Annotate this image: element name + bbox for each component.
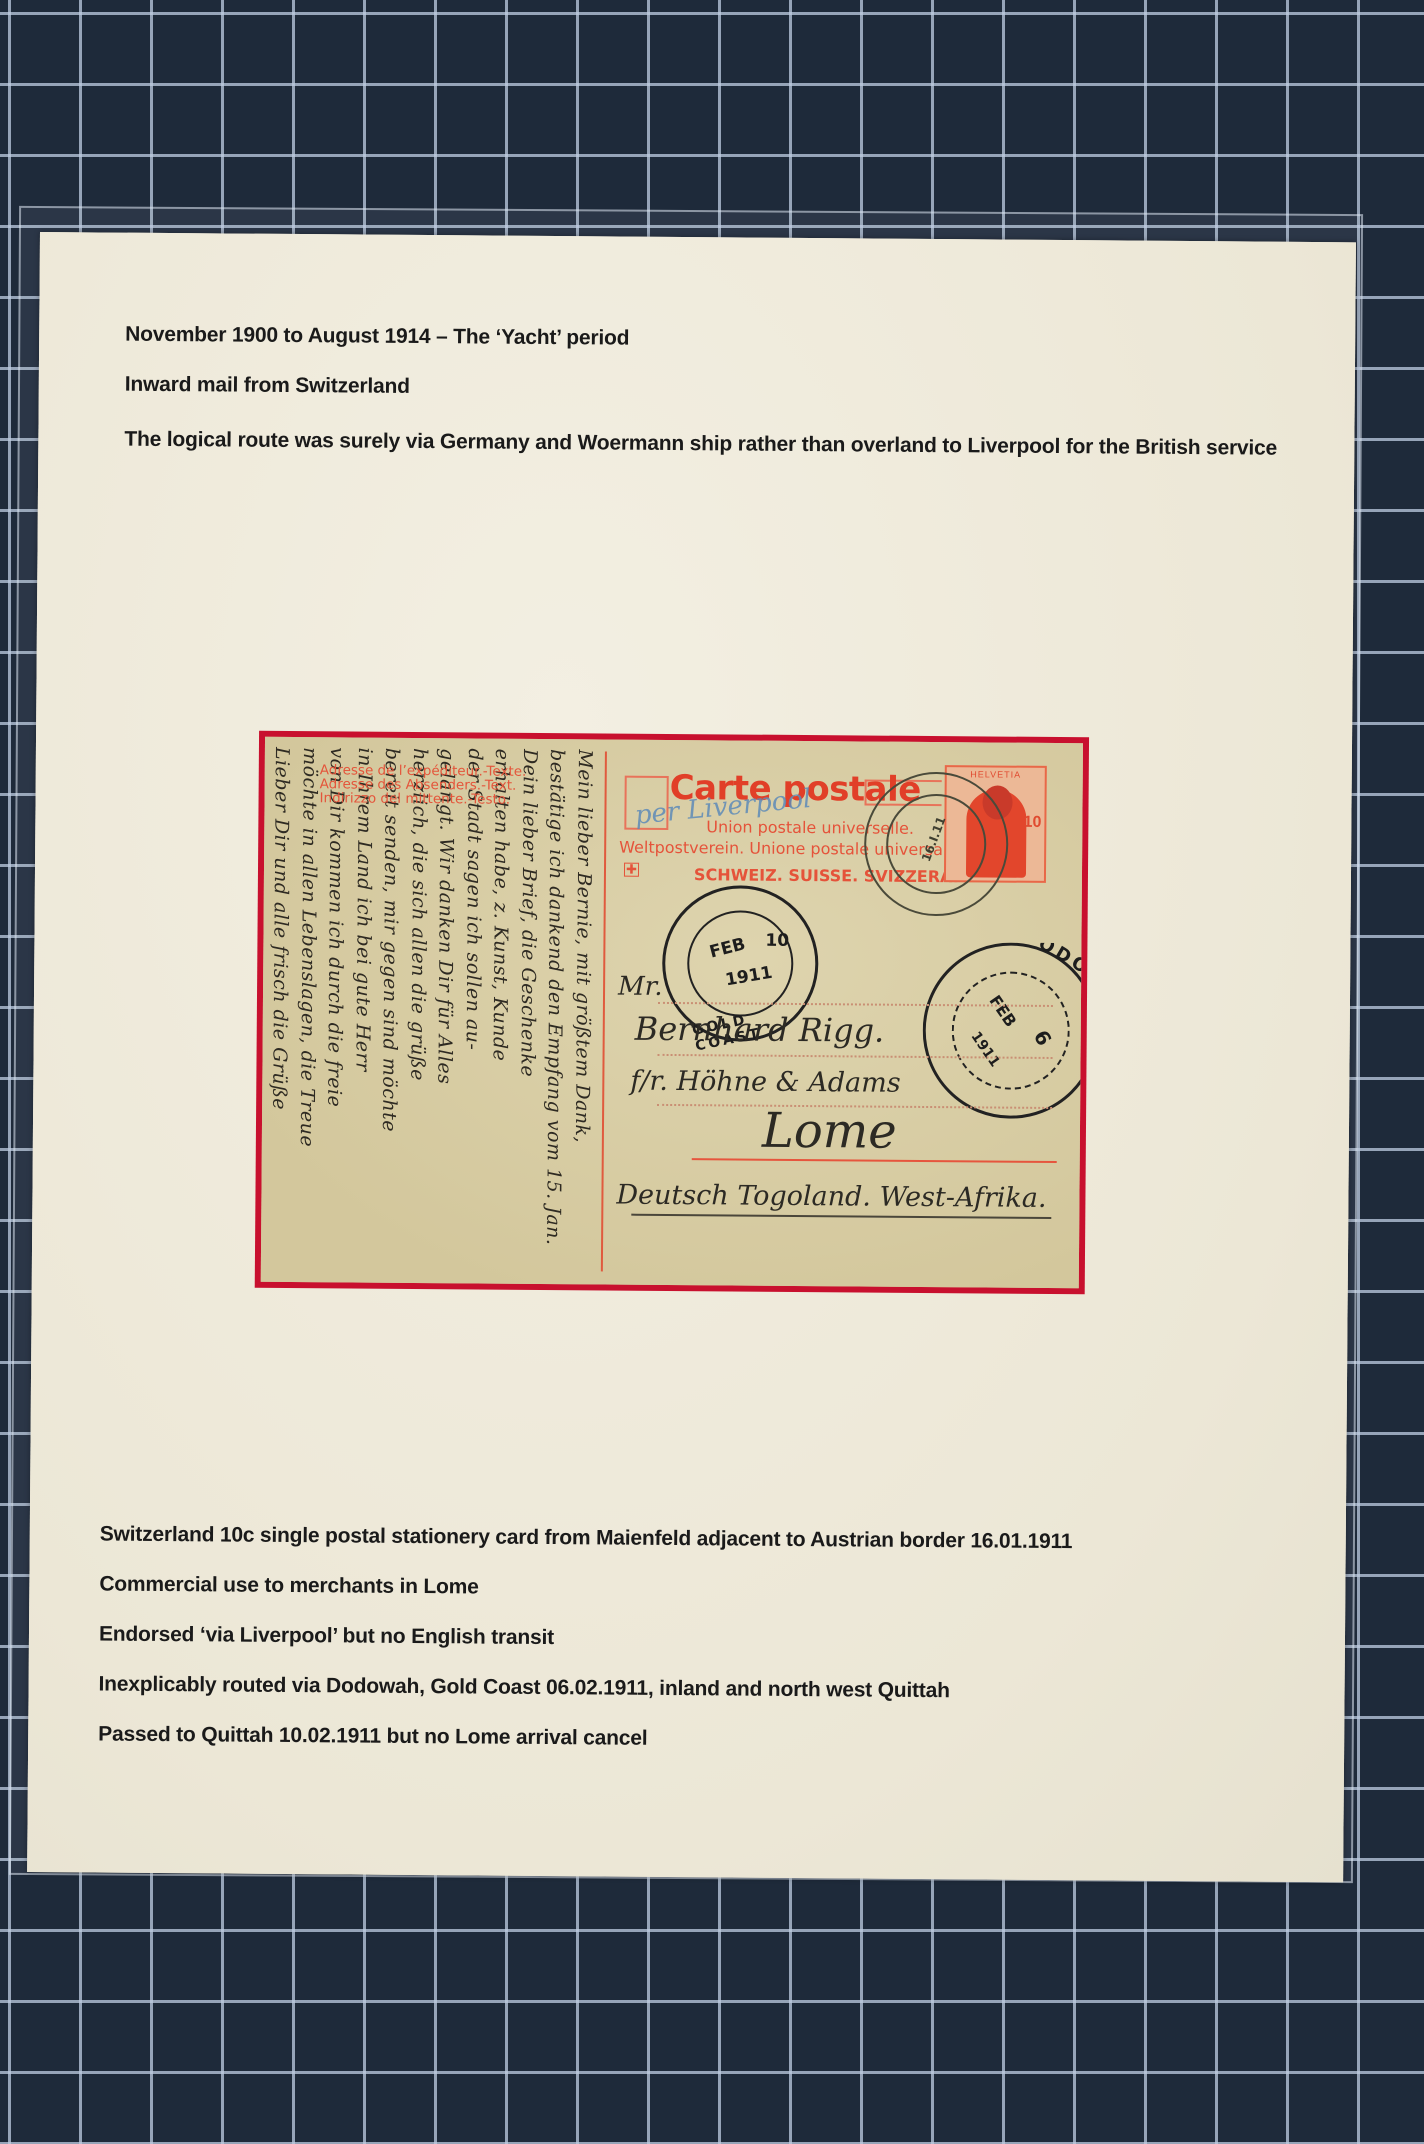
message-line: möchte in allen Lebenslagen, die Treue	[291, 747, 323, 1287]
address-firm: f/r. Höhne & Adams	[630, 1066, 901, 1099]
message-line: von Dir kommen ich durch die freie	[319, 747, 351, 1287]
message-panel: Mein lieber Bernie, mit größtem Dank, be…	[261, 737, 605, 1285]
message-line: erhalten habe, z. Kunst, Kunde	[484, 749, 516, 1289]
address-city: Lome	[762, 1103, 897, 1160]
message-line: bereit senden, mir gegen sind möchte	[374, 748, 406, 1288]
message-line: bestätige ich dankend den Empfang vom 15…	[539, 749, 571, 1288]
album-page: November 1900 to August 1914 – The ‘Yach…	[27, 232, 1356, 1882]
message-line: Dein lieber Brief, die Geschenke	[511, 749, 543, 1288]
note-item: Endorsed ‘via Liverpool’ but no English …	[99, 1623, 1072, 1655]
note-item: Commercial use to merchants in Lome	[99, 1573, 1072, 1605]
message-line: der Stadt sagen ich sollen au-	[456, 748, 488, 1288]
postcard: Mein lieber Bernie, mit größtem Dank, be…	[261, 737, 1083, 1288]
address-name: Bernhard Rigg.	[635, 1010, 885, 1050]
message-line: gelangt. Wir danken Dir für Alles	[429, 748, 461, 1288]
description-notes: Switzerland 10c single postal stationery…	[98, 1523, 1073, 1781]
page-subheading: Inward mail from Switzerland	[125, 373, 410, 399]
swiss-cross-icon: ✚	[624, 863, 639, 877]
route-note: The logical route was surely via Germany…	[124, 425, 1314, 464]
message-line: herzlich, die sich allen die grüße	[401, 748, 433, 1288]
postmark-maienfeld: 16.I.11	[864, 771, 1009, 916]
address-salutation: Mr.	[618, 972, 663, 1002]
page-heading: November 1900 to August 1914 – The ‘Yach…	[125, 323, 629, 351]
note-item: Inexplicably routed via Dodowah, Gold Co…	[98, 1673, 1071, 1705]
postmark-dodowah: DODOWAH FEB 6 1911	[922, 942, 1083, 1119]
postcard-mount: Mein lieber Bernie, mit größtem Dank, be…	[255, 731, 1089, 1295]
note-item: Switzerland 10c single postal stationery…	[100, 1523, 1073, 1555]
message-line: Lieber Dir und alle frisch die Grüße	[264, 747, 296, 1287]
note-item: Passed to Quittah 10.02.1911 but no Lome…	[98, 1723, 1071, 1755]
message-line: Mein lieber Bernie, mit größtem Dank,	[566, 749, 598, 1288]
sender-label: Adresse de l’expéditeur.-Texte. Adresse …	[320, 763, 527, 807]
address-country: Deutsch Togoland. West-Afrika.	[616, 1180, 1046, 1214]
message-line: in Ihrem Land ich bei gute Herr	[346, 747, 378, 1287]
handwritten-message: Mein lieber Bernie, mit größtem Dank, be…	[274, 747, 598, 1288]
